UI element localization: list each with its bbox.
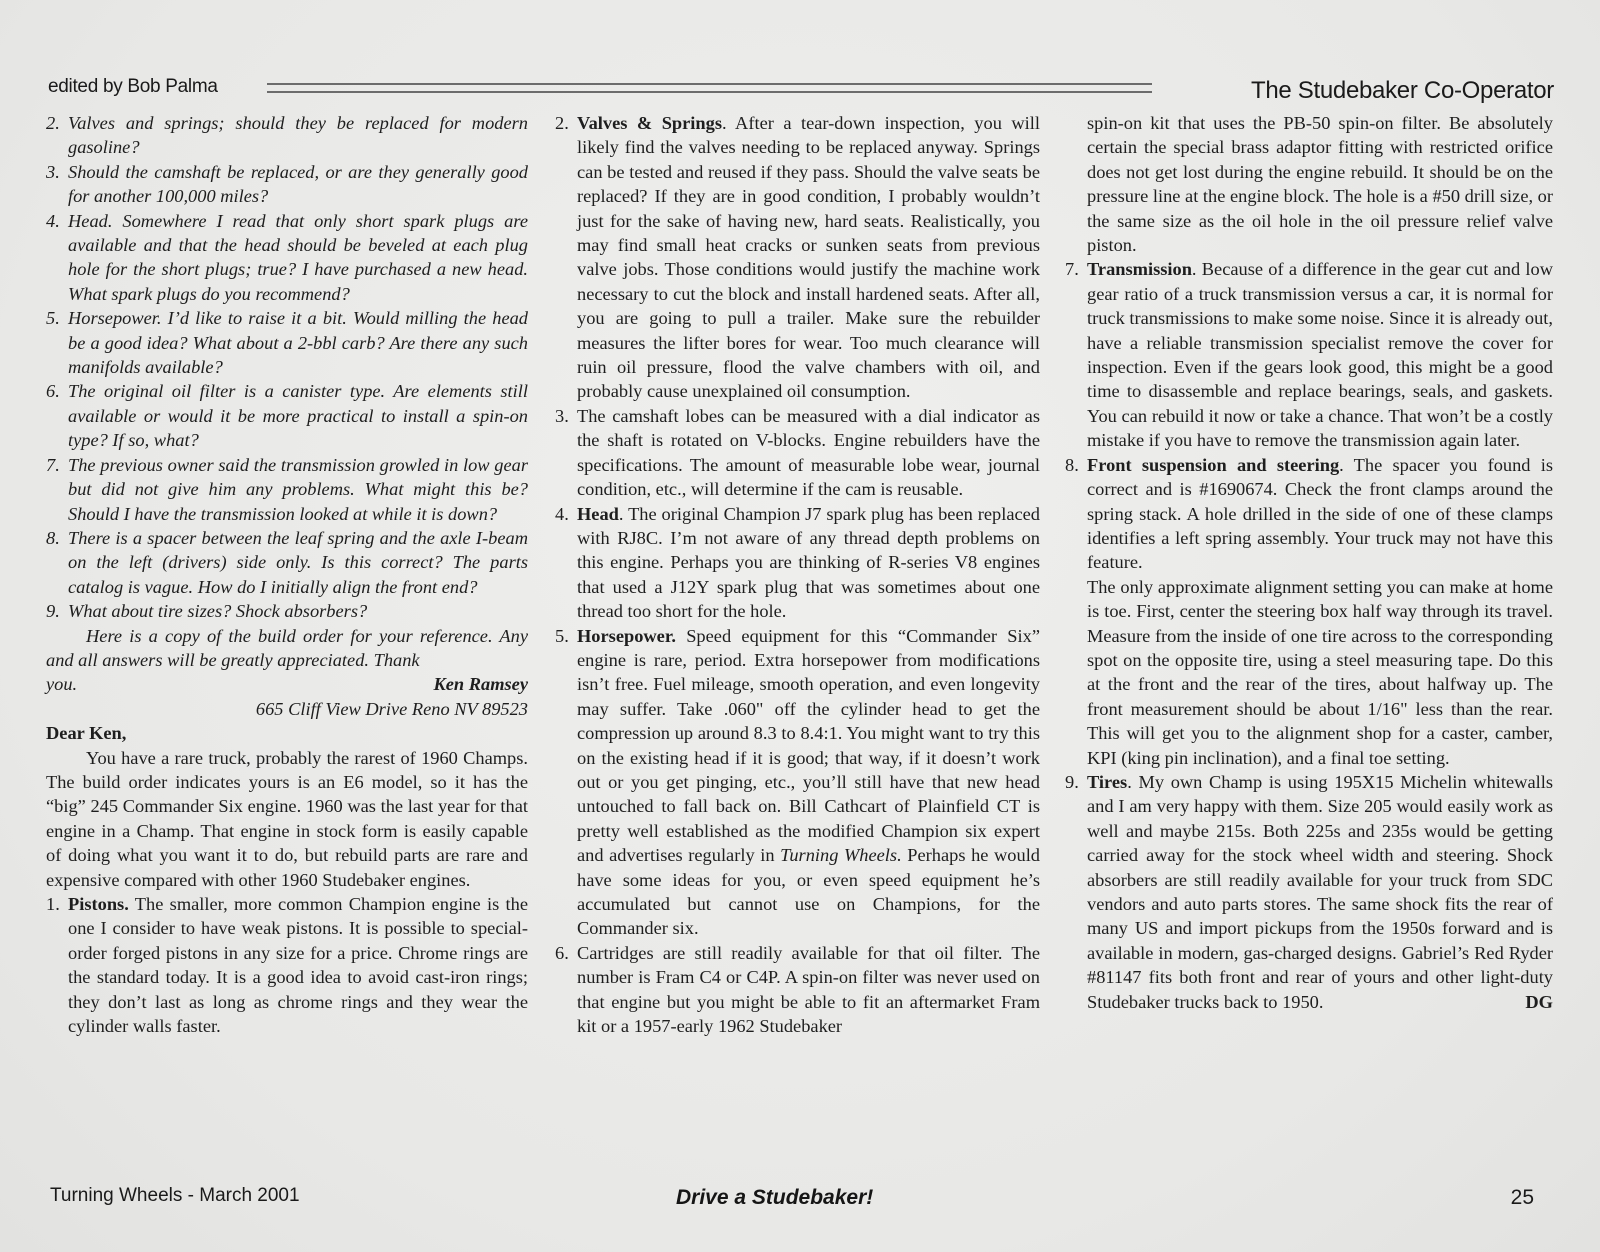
reply-signoff: DG [1525,990,1553,1014]
answer-item: 5.Horsepower. Speed equipment for this “… [555,624,1040,941]
question-item: 6.The original oil filter is a canister … [46,379,528,452]
answer-item: 6.Cartridges are still readily available… [555,941,1040,1039]
column-3: spin-on kit that uses the PB-50 spin-on … [1065,111,1553,1014]
answer-item: 8.Front suspension and steering. The spa… [1065,453,1553,575]
reply-intro: You have a rare truck, probably the rare… [46,746,528,892]
publication-issue: Turning Wheels - March 2001 [50,1185,300,1207]
letter-signature: Ken Ramsey [433,672,528,696]
page-number: 25 [1511,1186,1534,1210]
question-item: 7.The previous owner said the transmissi… [46,453,528,526]
rule-line-top [267,83,1152,85]
answer-item: 3.The camshaft lobes can be measured wit… [555,404,1040,502]
answer-item: 1.Pistons. The smaller, more common Cham… [46,892,528,1038]
rule-line-bottom [267,91,1152,93]
editor-credit: edited by Bob Palma [48,76,218,98]
answer-item: 2.Valves & Springs. After a tear-down in… [555,111,1040,404]
answer-continuation: spin-on kit that uses the PB-50 spin-on … [1065,111,1553,257]
answer-extra-paragraph: The only approximate alignment setting y… [1065,575,1553,770]
question-item: 2.Valves and springs; should they be rep… [46,111,528,160]
question-item: 5.Horsepower. I’d like to raise it a bit… [46,306,528,379]
question-item: 4.Head. Somewhere I read that only short… [46,209,528,307]
letter-closing: Here is a copy of the build order for yo… [46,624,528,673]
question-item: 9.What about tire sizes? Shock absorbers… [46,599,528,623]
signature-row: you. Ken Ramsey [46,672,528,696]
answer-item: 9.Tires. My own Champ is using 195X15 Mi… [1065,770,1553,1014]
question-item: 8.There is a spacer between the leaf spr… [46,526,528,599]
column-1: 2.Valves and springs; should they be rep… [46,111,528,1038]
question-item: 3.Should the camshaft be replaced, or ar… [46,160,528,209]
reply-salutation: Dear Ken, [46,721,528,745]
header-double-rule [267,83,1152,93]
column-title: The Studebaker Co-Operator [1251,77,1554,105]
closing-end: you. [46,672,77,696]
answer-item: 4.Head. The original Champion J7 spark p… [555,502,1040,624]
letter-address: 665 Cliff View Drive Reno NV 89523 [46,697,528,721]
footer-slogan: Drive a Studebaker! [676,1186,873,1210]
column-2: 2.Valves & Springs. After a tear-down in… [555,111,1040,1038]
magazine-page: edited by Bob Palma The Studebaker Co-Op… [0,0,1600,1252]
answer-item: 7.Transmission. Because of a difference … [1065,257,1553,452]
